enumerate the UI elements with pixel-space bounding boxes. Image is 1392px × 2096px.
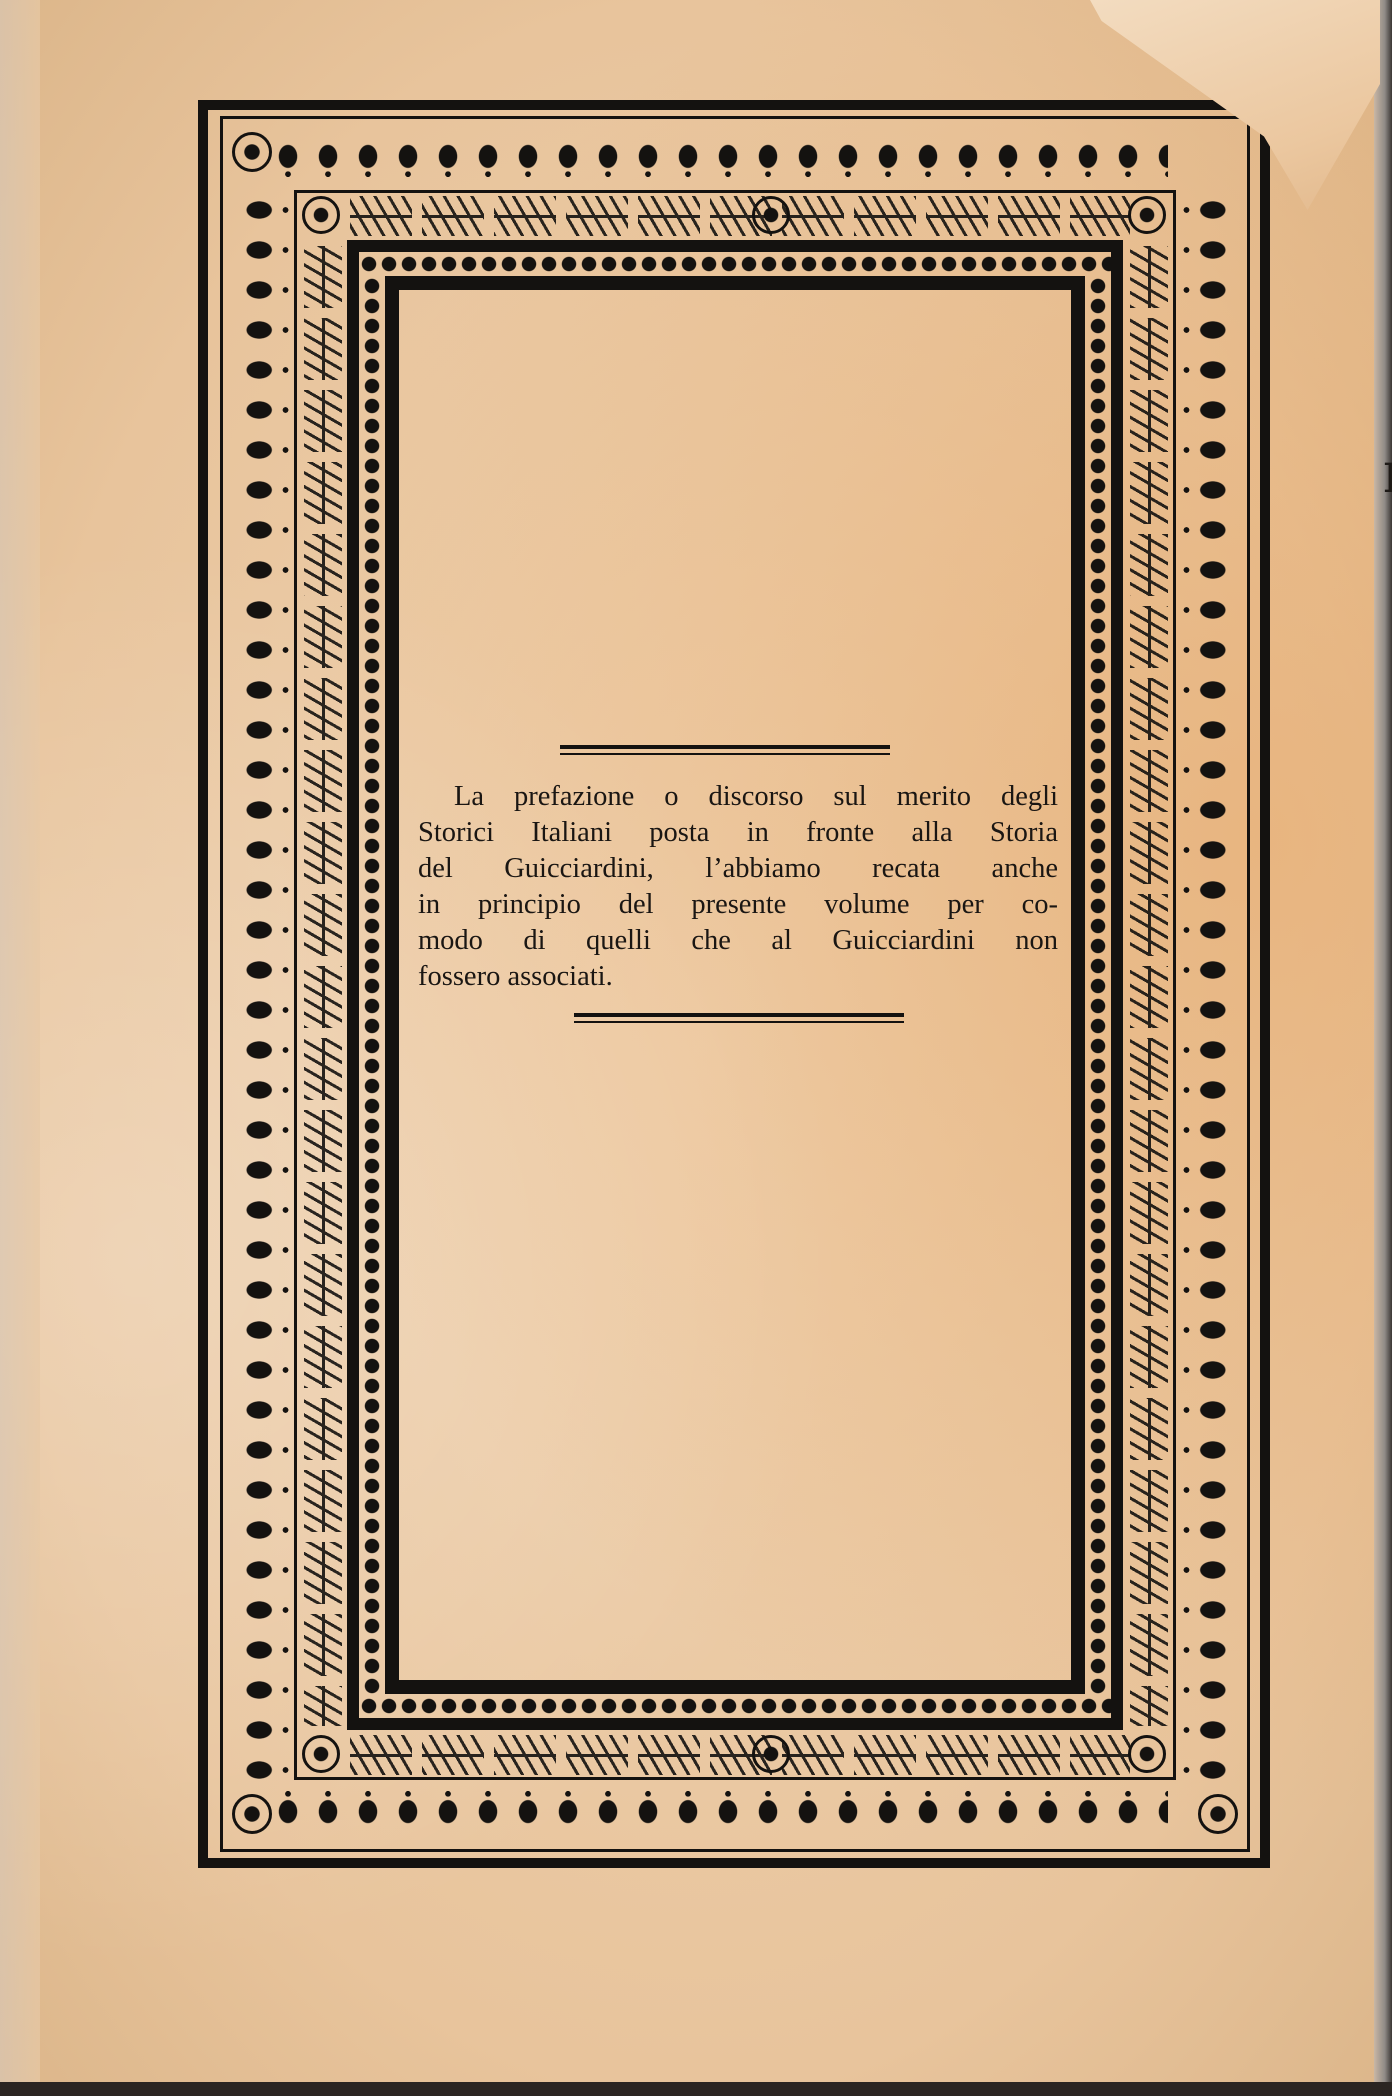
rosette-icon [232,1794,272,1834]
rosette-icon [1128,1735,1166,1773]
edge-letter-fragment: I [1383,455,1392,502]
decorative-rule-top [560,745,890,755]
notice-line: La prefazione o discorso sul merito degl… [418,779,1058,815]
rosette-icon [1198,1794,1238,1834]
notice-line: modo di quelli che al Guicciardini non [418,923,1058,959]
palmette-band-right [1130,246,1168,1726]
notice-block: La prefazione o discorso sul merito degl… [414,745,1062,1023]
notice-line: Storici Italiani posta in fronte alla St… [418,815,1058,851]
dot-band-right [1085,276,1111,1694]
rosette-icon [752,196,790,234]
notice-line: in principio del presente volume per co- [418,887,1058,923]
rosette-icon [302,1735,340,1773]
lotus-band-left [234,190,290,1780]
worn-left-edge [0,0,40,2096]
notice-paragraph: La prefazione o discorso sul merito degl… [414,779,1062,995]
lotus-band-top [268,130,1168,178]
lotus-band-bottom [268,1790,1168,1838]
notice-line: fossero associati. [418,959,1058,995]
palmette-band-bottom [350,1735,1130,1775]
lotus-band-right [1182,190,1238,1780]
rosette-icon [302,196,340,234]
page-right-edge [1374,0,1392,2096]
rosette-icon [752,1735,790,1773]
dot-band-top [359,252,1111,276]
palmette-band-left [304,246,342,1726]
notice-line: del Guicciardini, l’abbiamo recata anche [418,851,1058,887]
palmette-band-top [350,196,1130,236]
rosette-icon [232,132,272,172]
rosette-icon [1128,196,1166,234]
dot-band-bottom [359,1694,1111,1718]
page-bottom-edge [0,2082,1392,2096]
dot-band-left [359,276,385,1694]
decorative-rule-bottom [574,1013,904,1023]
